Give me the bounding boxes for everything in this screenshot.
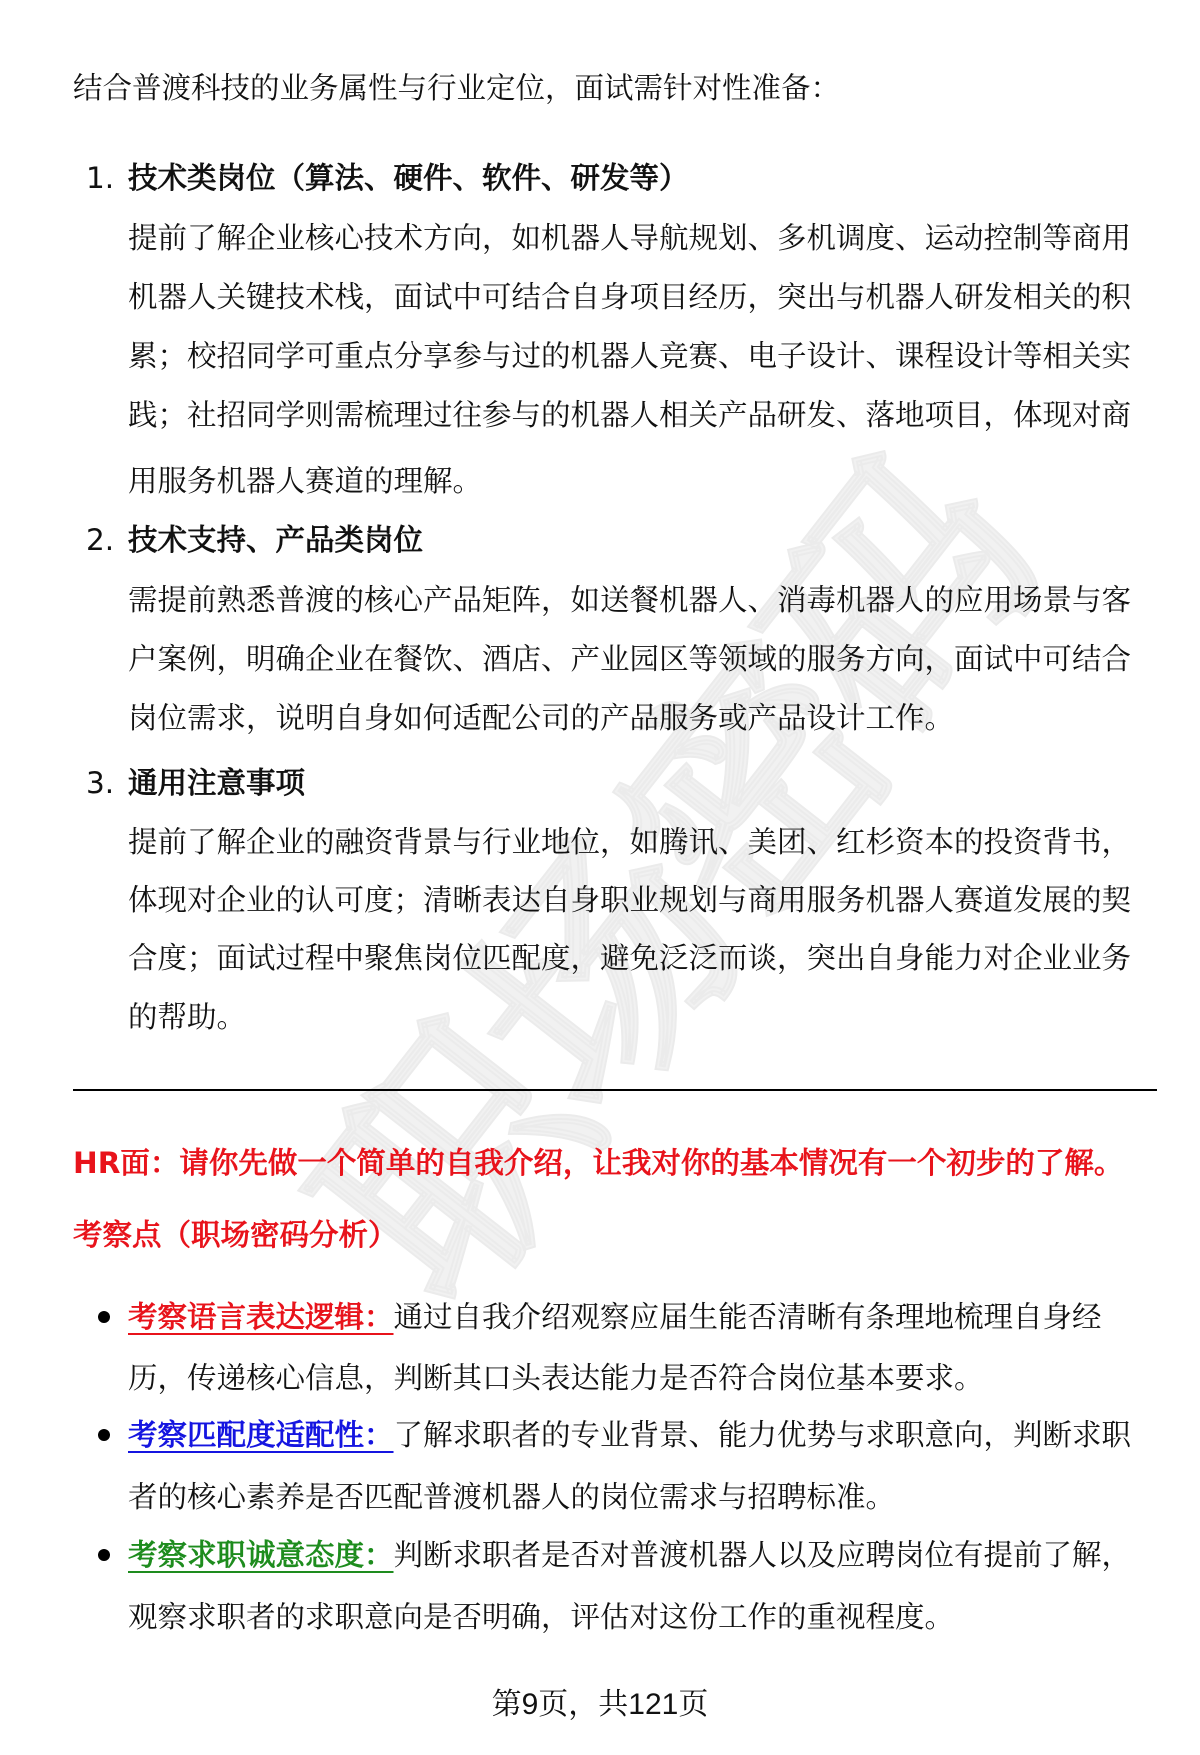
- list-number: 1.: [86, 148, 114, 208]
- horizontal-divider: [73, 1089, 1157, 1091]
- bullet-line: 考察匹配度适配性：了解求职者的专业背景、能力优势与求职意向，判断求职: [128, 1405, 1131, 1465]
- bullet-text: 了解求职者的专业背景、能力优势与求职意向，判断求职: [394, 1418, 1132, 1452]
- section-body-line: 需提前熟悉普渡的核心产品矩阵，如送餐机器人、消毒机器人的应用场景与客: [128, 570, 1131, 630]
- bullet-line: 考察语言表达逻辑：通过自我介绍观察应届生能否清晰有条理地梳理自身经: [128, 1287, 1102, 1347]
- section-body-line: 的帮助。: [128, 987, 246, 1047]
- bullet-text: 通过自我介绍观察应届生能否清晰有条理地梳理自身经: [394, 1300, 1102, 1334]
- bullet-dot-icon: [98, 1429, 110, 1441]
- section-title: 技术类岗位（算法、硬件、软件、研发等）: [128, 148, 689, 208]
- section-body-line: 践；社招同学则需梳理过往参与的机器人相关产品研发、落地项目，体现对商: [128, 385, 1131, 445]
- section-body-line: 提前了解企业的融资背景与行业地位，如腾讯、美团、红杉资本的投资背书，: [128, 812, 1131, 872]
- page-number: 第9页，共121页: [0, 1680, 1200, 1730]
- section-body-line: 用服务机器人赛道的理解。: [128, 451, 482, 511]
- section-body-line: 体现对企业的认可度；清晰表达自身职业规划与商用服务机器人赛道发展的契: [128, 870, 1131, 930]
- bullet-key-label: 考察求职诚意态度：: [128, 1538, 394, 1572]
- analysis-heading: 考察点（职场密码分析）: [73, 1205, 398, 1265]
- bullet-dot-icon: [98, 1311, 110, 1323]
- list-number: 2.: [86, 510, 114, 570]
- section-body-line: 合度；面试过程中聚焦岗位匹配度，避免泛泛而谈，突出自身能力对企业业务: [128, 928, 1131, 988]
- bullet-key-label: 考察匹配度适配性：: [128, 1418, 394, 1452]
- bullet-continuation: 者的核心素养是否匹配普渡机器人的岗位需求与招聘标准。: [128, 1467, 895, 1527]
- section-body-line: 户案例，明确企业在餐饮、酒店、产业园区等领域的服务方向，面试中可结合: [128, 629, 1131, 689]
- list-number: 3.: [86, 753, 114, 813]
- section-body-line: 累；校招同学可重点分享参与过的机器人竞赛、电子设计、课程设计等相关实: [128, 326, 1131, 386]
- bullet-line: 考察求职诚意态度：判断求职者是否对普渡机器人以及应聘岗位有提前了解，: [128, 1525, 1131, 1585]
- intro-paragraph: 结合普渡科技的业务属性与行业定位，面试需针对性准备：: [73, 58, 840, 118]
- section-body-line: 机器人关键技术栈，面试中可结合自身项目经历，突出与机器人研发相关的积: [128, 267, 1131, 327]
- section-title: 通用注意事项: [128, 753, 305, 813]
- section-title: 技术支持、产品类岗位: [128, 510, 423, 570]
- bullet-continuation: 观察求职者的求职意向是否明确，评估对这份工作的重视程度。: [128, 1587, 954, 1647]
- bullet-text: 判断求职者是否对普渡机器人以及应聘岗位有提前了解，: [394, 1538, 1132, 1572]
- hr-question: HR面：请你先做一个简单的自我介绍，让我对你的基本情况有一个初步的了解。: [73, 1133, 1123, 1193]
- bullet-key-label: 考察语言表达逻辑：: [128, 1300, 394, 1334]
- bullet-dot-icon: [98, 1549, 110, 1561]
- bullet-continuation: 历，传递核心信息，判断其口头表达能力是否符合岗位基本要求。: [128, 1348, 984, 1408]
- section-body-line: 提前了解企业核心技术方向，如机器人导航规划、多机调度、运动控制等商用: [128, 208, 1131, 268]
- section-body-line: 岗位需求，说明自身如何适配公司的产品服务或产品设计工作。: [128, 688, 954, 748]
